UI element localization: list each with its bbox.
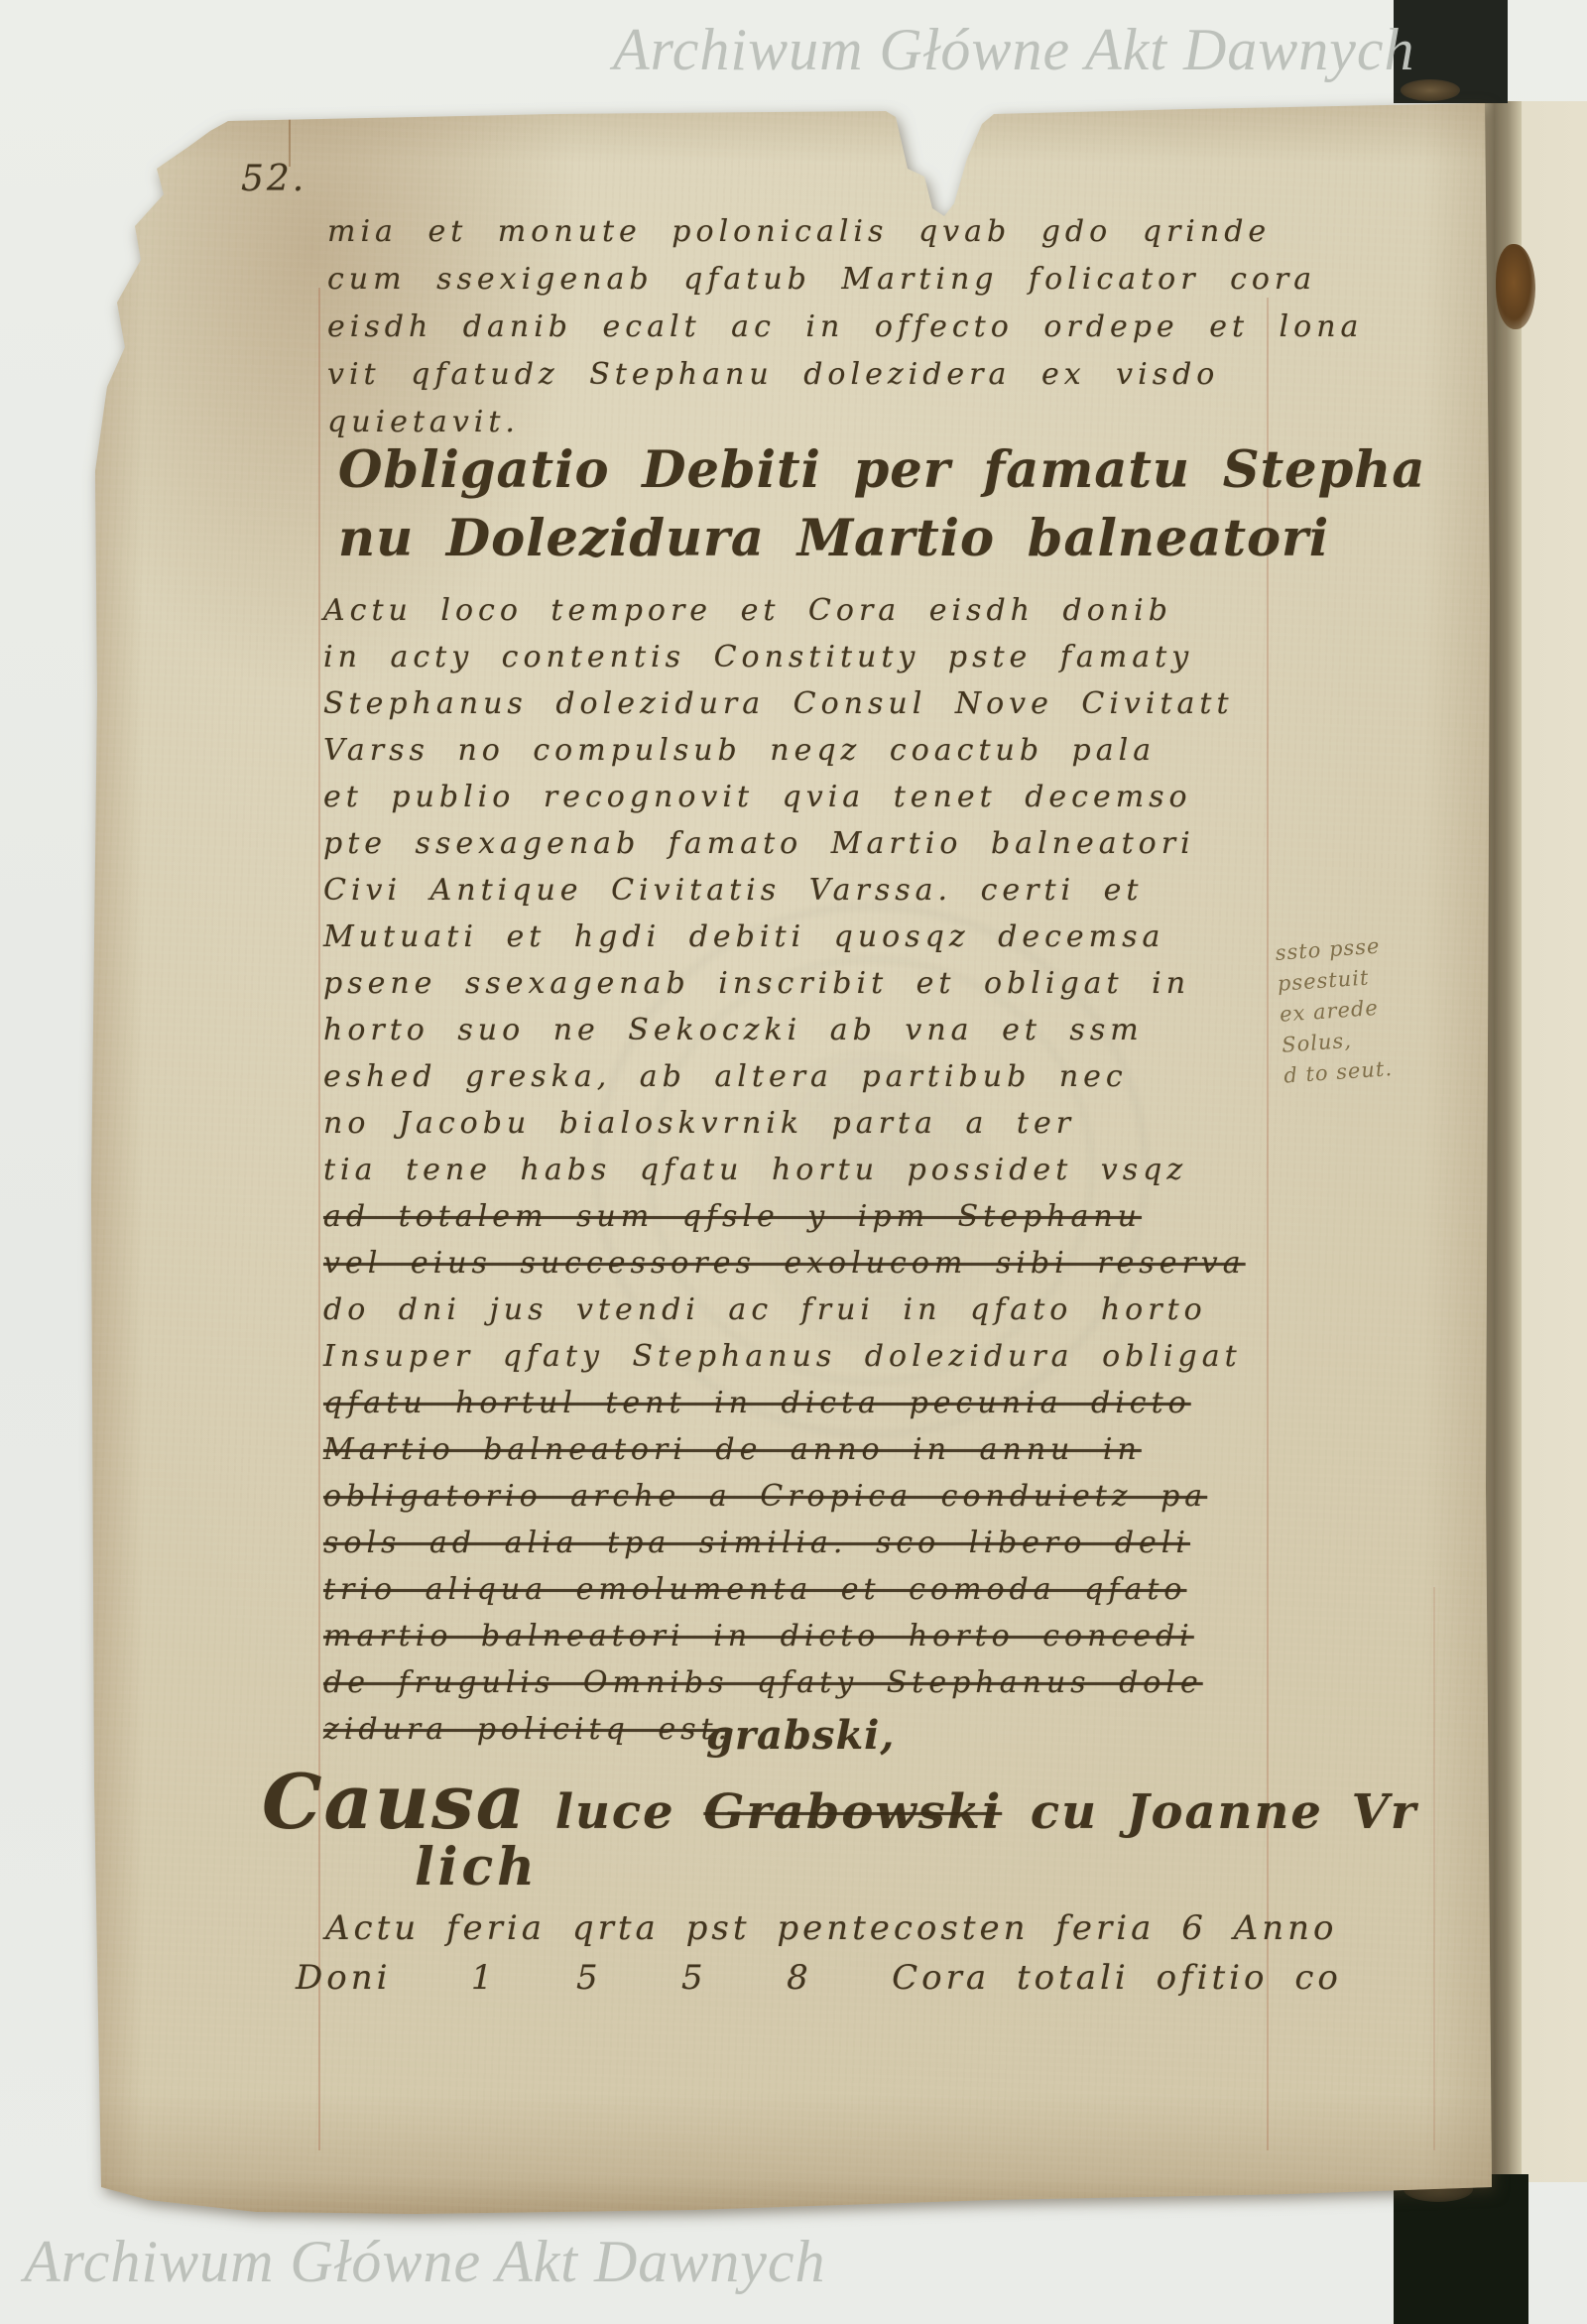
manuscript-line: ad totalem sum qfsle y ipm Stephanu — [323, 1193, 1246, 1240]
case-heading-carryover: lich — [415, 1837, 539, 1897]
manuscript-line: qfatu hortul tent in dicta pecunia dicto — [323, 1380, 1246, 1426]
entry-heading-line2: nu Dolezidura Martio balneatori — [338, 505, 1425, 573]
manuscript-line: Mutuati et hgdi debiti quosqz decemsa — [323, 914, 1246, 960]
manuscript-line: Stephanus dolezidura Consul Nove Civitat… — [323, 680, 1246, 727]
manuscript-line: cum ssexigenab qfatub Marting folicator … — [327, 256, 1363, 304]
manuscript-line: trio aliqua emolumenta et comoda qfato — [323, 1566, 1246, 1613]
entry-heading: Obligatio Debiti per famatu Stepha nu Do… — [338, 436, 1425, 573]
manuscript-page-wrap: 52. mia et monute polonicalis qvab gdo q… — [0, 0, 1587, 2324]
manuscript-line: pte ssexagenab famato Martio balneatori — [323, 820, 1246, 867]
manuscript-line: in acty contentis Constituty pste famaty — [323, 634, 1246, 680]
manuscript-line: vit qfatudz Stephanu dolezidera ex visdo — [327, 351, 1363, 399]
archive-watermark-bottom: Archiwum Główne Akt Dawnych — [24, 2228, 826, 2296]
margin-ruling-right — [1267, 298, 1269, 2150]
archive-watermark-top: Archiwum Główne Akt Dawnych — [613, 16, 1415, 84]
case-heading-luce: luce — [555, 1784, 675, 1840]
manuscript-line: et publio recognovit qvia tenet decemso — [323, 774, 1246, 820]
manuscript-line: Varss no compulsub neqz coactub pala — [323, 727, 1246, 774]
archival-scan: 52. mia et monute polonicalis qvab gdo q… — [0, 0, 1587, 2324]
manuscript-line: eisdh danib ecalt ac in offecto ordepe e… — [327, 304, 1363, 351]
margin-ruling-right-outer — [1433, 1587, 1435, 2150]
manuscript-line: sols ad alia tpa similia. sco libero del… — [323, 1520, 1246, 1566]
case-heading: Causa luce Grabowski cu Joanne Vr grabsk… — [262, 1758, 1417, 1846]
manuscript-line: Martio balneatori de anno in annu in — [323, 1426, 1246, 1473]
case-heading-correction: grabski, — [706, 1712, 895, 1759]
manuscript-line: tia tene habs qfatu hortu possidet vsqz — [323, 1147, 1246, 1193]
dating-clause-line1: Actu feria qrta pst pentecosten feria 6 … — [325, 1908, 1338, 1948]
manuscript-line: Actu loco tempore et Cora eisdh donib — [323, 587, 1246, 634]
margin-note: ssto pssepsestuitex aredeSolus,d to seut… — [1275, 930, 1394, 1091]
case-heading-rest: cu Joanne Vr — [1031, 1784, 1417, 1840]
case-heading-causa: Causa — [262, 1758, 527, 1846]
manuscript-line: do dni jus vtendi ac frui in qfato horto — [323, 1286, 1246, 1333]
manuscript-line: de frugulis Omnibs qfaty Stephanus dole — [323, 1659, 1246, 1706]
folio-number: 52. — [241, 159, 306, 199]
entry-heading-line1: Obligatio Debiti per famatu Stepha — [338, 436, 1425, 505]
manuscript-line: vel eius successores exolucom sibi reser… — [323, 1240, 1246, 1286]
margin-ruling-left — [318, 288, 320, 2150]
manuscript-line: psene ssexagenab inscribit et obligat in — [323, 960, 1246, 1007]
manuscript-line: martio balneatori in dicto horto concedi — [323, 1613, 1246, 1659]
manuscript-line: obligatorio arche a Cropica conduietz pa — [323, 1473, 1246, 1520]
manuscript-line: no Jacobu bialoskvrnik parta a ter — [323, 1100, 1246, 1147]
manuscript-page: 52. mia et monute polonicalis qvab gdo q… — [87, 99, 1494, 2220]
case-heading-struck-name: Grabowski — [703, 1784, 1002, 1840]
manuscript-line: Civi Antique Civitatis Varssa. certi et — [323, 867, 1246, 914]
manuscript-line: horto suo ne Sekoczki ab vna et ssm — [323, 1007, 1246, 1053]
manuscript-line: eshed greska, ab altera partibub nec — [323, 1053, 1246, 1100]
manuscript-line: Insuper qfaty Stephanus dolezidura oblig… — [323, 1333, 1246, 1380]
closing-paragraph: mia et monute polonicalis qvab gdo qrind… — [327, 208, 1363, 446]
dating-clause-line2: Doni 1 5 5 8 Cora totali ofitio co — [296, 1958, 1342, 1998]
manuscript-line: mia et monute polonicalis qvab gdo qrind… — [327, 208, 1363, 256]
entry-body: Actu loco tempore et Cora eisdh donibin … — [323, 587, 1246, 1753]
